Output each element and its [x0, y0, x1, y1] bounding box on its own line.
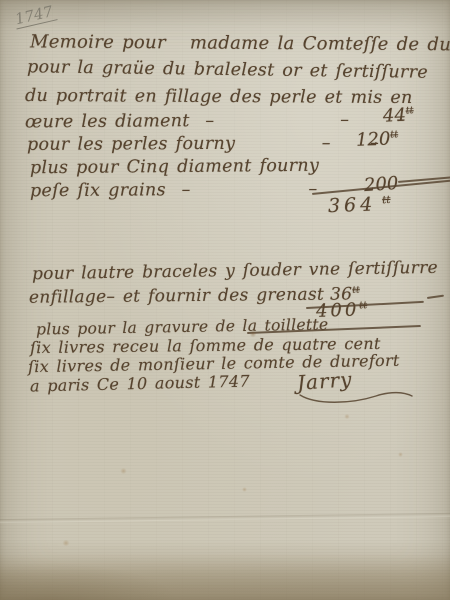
- ink-smudge: [250, 330, 256, 338]
- livre-mark: tt: [352, 285, 360, 296]
- amount-diamonds: 44tt: [382, 104, 414, 127]
- total-first: 364tt: [328, 193, 391, 217]
- manuscript-line-2: pour la graüe du bralelest or et ſertiſſ…: [27, 57, 428, 83]
- livre-mark: tt: [359, 300, 367, 311]
- manuscript-line-7: peſe ſix grains – – –: [30, 179, 374, 201]
- manuscript-line-1: Memoire pour madame la Comteſſe de duref…: [30, 31, 450, 55]
- fox-spot: [120, 468, 127, 474]
- amount-pearls: 120tt: [356, 128, 399, 150]
- archival-year-note: 1747: [12, 1, 57, 29]
- total-second: 400tt: [316, 299, 368, 322]
- manuscript-line-4: œure les diament – – –: [25, 110, 406, 133]
- livre-mark: tt: [390, 129, 398, 140]
- livre-mark: tt: [405, 105, 414, 116]
- signature-flourish: [296, 388, 416, 406]
- manuscript-line-3: du portrait en fillage des perle et mis …: [25, 86, 413, 108]
- margin-dash: [427, 295, 444, 299]
- manuscript-line-6: plus pour Cinq diament fourny: [30, 156, 319, 179]
- fold-crease: [0, 513, 450, 523]
- fox-spot: [344, 414, 350, 419]
- manuscript-line-5: pour les perles fourny – –: [27, 133, 379, 155]
- corner-smudge: [0, 562, 180, 600]
- manuscript-line-13: a paris Ce 10 aoust 1747: [30, 372, 250, 396]
- fox-spot: [398, 452, 403, 457]
- fox-spot: [62, 540, 70, 546]
- manuscript-line-9-text: enfillage– et fournir des grenast: [29, 285, 324, 308]
- manuscript-line-8: pour lautre braceles y ſouder vne ſertiſ…: [32, 258, 438, 284]
- manuscript-page: 1747 Memoire pour madame la Comteſſe de …: [0, 0, 450, 600]
- manuscript-line-9: enfillage– et fournir des grenast36tt: [29, 284, 360, 307]
- fox-spot: [242, 487, 247, 492]
- livre-mark: tt: [382, 194, 391, 206]
